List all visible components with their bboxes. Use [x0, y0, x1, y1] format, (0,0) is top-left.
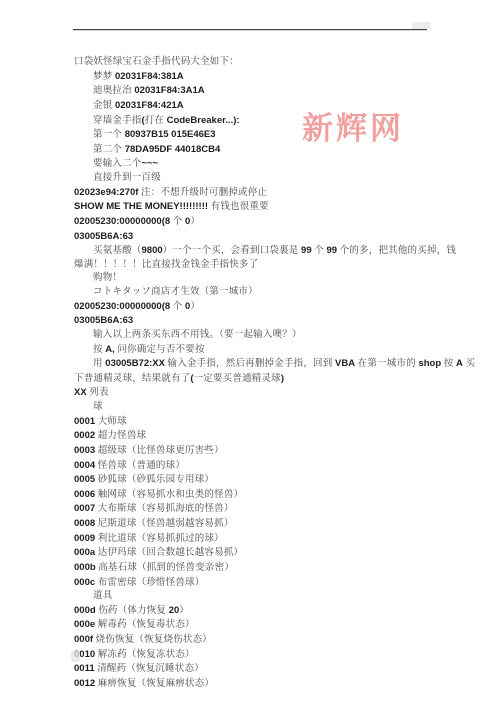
text-line: 第一个 80937B15 015E46E3	[74, 128, 430, 143]
text-line: 02005230:00000000(8 个 0）	[74, 215, 430, 230]
code-text: 0003	[74, 445, 95, 456]
text-line: 0007 大布斯球（容易抓海底的怪兽）	[74, 502, 430, 517]
code-text: 0007	[74, 503, 95, 514]
code-text: 0012	[74, 678, 95, 689]
code-text: 0005	[74, 474, 95, 485]
code-text: 000b	[74, 562, 96, 573]
text-line: 0005 砂狐球（砂狐乐园专用球）	[74, 473, 430, 488]
text-line: XX 列表	[74, 386, 430, 401]
text-line: 000a 达伊玛球（回合数越长越容易抓）	[74, 546, 430, 561]
code-text: 03005B6A:63	[74, 231, 133, 242]
text-line: 要输入二个~~~	[74, 157, 430, 172]
code-text: 0	[185, 301, 190, 312]
text-line: 03005B6A:63	[74, 230, 430, 245]
code-text: 0004	[74, 460, 95, 471]
text-line: 0009 利比道球（容易抓抓过的球）	[74, 532, 430, 547]
text-line: 0006 触网球（容易抓水和虫类的怪兽）	[74, 488, 430, 503]
code-text: )	[281, 373, 284, 384]
text-line: 0002 超力怪兽球	[74, 429, 430, 444]
code-text: 0006	[74, 489, 95, 500]
text-line: 按 A, 问你确定与否不要按	[74, 343, 430, 358]
text-line: 0008 尼斯道球（怪兽越弱越容易抓）	[74, 517, 430, 532]
code-text: A,	[105, 344, 115, 355]
code-text: 02005230:00000000(8	[74, 216, 170, 227]
code-text: ~~~	[142, 158, 159, 169]
text-line: 用 03005B72:XX 输入金手指，然后再删掉金手指，回到 VBA 在第一城…	[74, 357, 430, 372]
text-line: 000c 布雷密球（珍惜怪兽球）	[74, 576, 430, 591]
code-text: 0002	[74, 430, 95, 441]
code-text: VBA	[335, 358, 355, 369]
text-line: 02023e94:270f 注：不想升级时可删掉或停止	[74, 186, 430, 201]
code-text: 000e	[74, 619, 95, 630]
text-line: 金银 02031F84:421A	[74, 99, 430, 114]
text-line: 03005B6A:63	[74, 314, 430, 329]
text-line: 道具	[74, 590, 430, 604]
code-text: 0009	[74, 533, 95, 544]
document-lines: 口袋妖怪绿宝石金手指代码大全如下：梦梦 02031F84:381A迪奥拉治 02…	[74, 56, 430, 692]
text-line: 0012 麻痹恢复（恢复麻痹状态）	[74, 677, 430, 692]
text-line: 第二个 78DA95DF 44018CB4	[74, 143, 430, 158]
page-artifact-top-right	[412, 22, 431, 29]
code-text: 0011	[74, 663, 95, 674]
code-text: XX	[74, 387, 87, 398]
code-text: 000c	[74, 577, 95, 588]
code-text: 02005230:00000000(8	[74, 301, 170, 312]
code-text: 02031F84:421A	[115, 100, 184, 111]
text-line: 口袋妖怪绿宝石金手指代码大全如下：	[74, 56, 430, 70]
page-artifact-bottom-left	[71, 651, 80, 662]
text-line: 下普通精灵球，结果就有了(一定要买普通精灵球)	[74, 372, 430, 387]
code-text: 99	[301, 245, 312, 256]
code-text: SHOW ME THE MONEY!!!!!!!!!	[74, 201, 208, 212]
code-text: 20	[169, 605, 180, 616]
text-line: 输入以上两条买东西不用钱。（要一起输入噢？）	[74, 329, 430, 343]
text-line: 0003 超级球（比怪兽球更厉害些）	[74, 444, 430, 459]
text-line: 000e 解毒药（恢复毒状态）	[74, 618, 430, 633]
code-text: 99	[326, 245, 337, 256]
text-line: 直接升到一百级	[74, 172, 430, 186]
header-rule	[73, 29, 427, 30]
text-line: 穿墙金手指(打在 CodeBreaker...):	[74, 114, 430, 129]
code-text: 80937B15 015E46E3	[125, 129, 216, 140]
code-text: 000a	[74, 547, 95, 558]
code-text: 0008	[74, 518, 95, 529]
text-line: 000f 烧伤恢复（恢复烧伤状态）	[74, 633, 430, 648]
text-line: 迪奥拉治 02031F84:3A1A	[74, 84, 430, 99]
text-line: 购物！	[74, 272, 430, 286]
text-line: 0001 大师球	[74, 415, 430, 430]
text-line: 球	[74, 401, 430, 415]
code-text: 02031F84:3A1A	[134, 85, 204, 96]
text-line: 02005230:00000000(8 个 0）	[74, 300, 430, 315]
code-text: 03005B72:XX	[105, 358, 165, 369]
code-text: 02031F84:381A	[115, 71, 184, 82]
code-text: 000d	[74, 605, 96, 616]
code-text: CodeBreaker...):	[167, 115, 240, 126]
text-line: 爆满！！！！！比直接找金钱金手指快多了	[74, 259, 430, 273]
text-line: コトキタッソ商店才生效（第一城市）	[74, 286, 430, 300]
code-text: shop	[418, 358, 441, 369]
code-text: 78DA95DF 44018CB4	[125, 144, 221, 155]
code-text: (	[142, 115, 145, 126]
text-line: 买氨基酸（9800）一个一个买，会看到口袋裏是 99 个 99 个的多，把其他的…	[74, 244, 430, 259]
code-text: 02023e94:270f	[74, 187, 138, 198]
text-line: 0010 解冻药（恢复冻状态）	[74, 648, 430, 663]
code-text: A	[456, 358, 463, 369]
code-text: (	[190, 373, 193, 384]
text-line: 0004 怪兽球（普通的球）	[74, 459, 430, 474]
text-line: 000d 伤药（体力恢复 20）	[74, 604, 430, 619]
code-text: 000f	[74, 634, 93, 645]
text-line: 0011 清醒药（恢复沉睡状态）	[74, 662, 430, 677]
code-text: 03005B6A:63	[74, 315, 133, 326]
code-text: 0001	[74, 416, 95, 427]
code-text: 0	[185, 216, 190, 227]
text-line: 梦梦 02031F84:381A	[74, 70, 430, 85]
text-line: SHOW ME THE MONEY!!!!!!!!! 有钱也很重要	[74, 200, 430, 215]
document-page: 新辉网 口袋妖怪绿宝石金手指代码大全如下：梦梦 02031F84:381A迪奥拉…	[0, 0, 500, 708]
text-line: 000b 高基石球（抓到的怪兽变亲密）	[74, 561, 430, 576]
code-text: 9800	[142, 245, 163, 256]
